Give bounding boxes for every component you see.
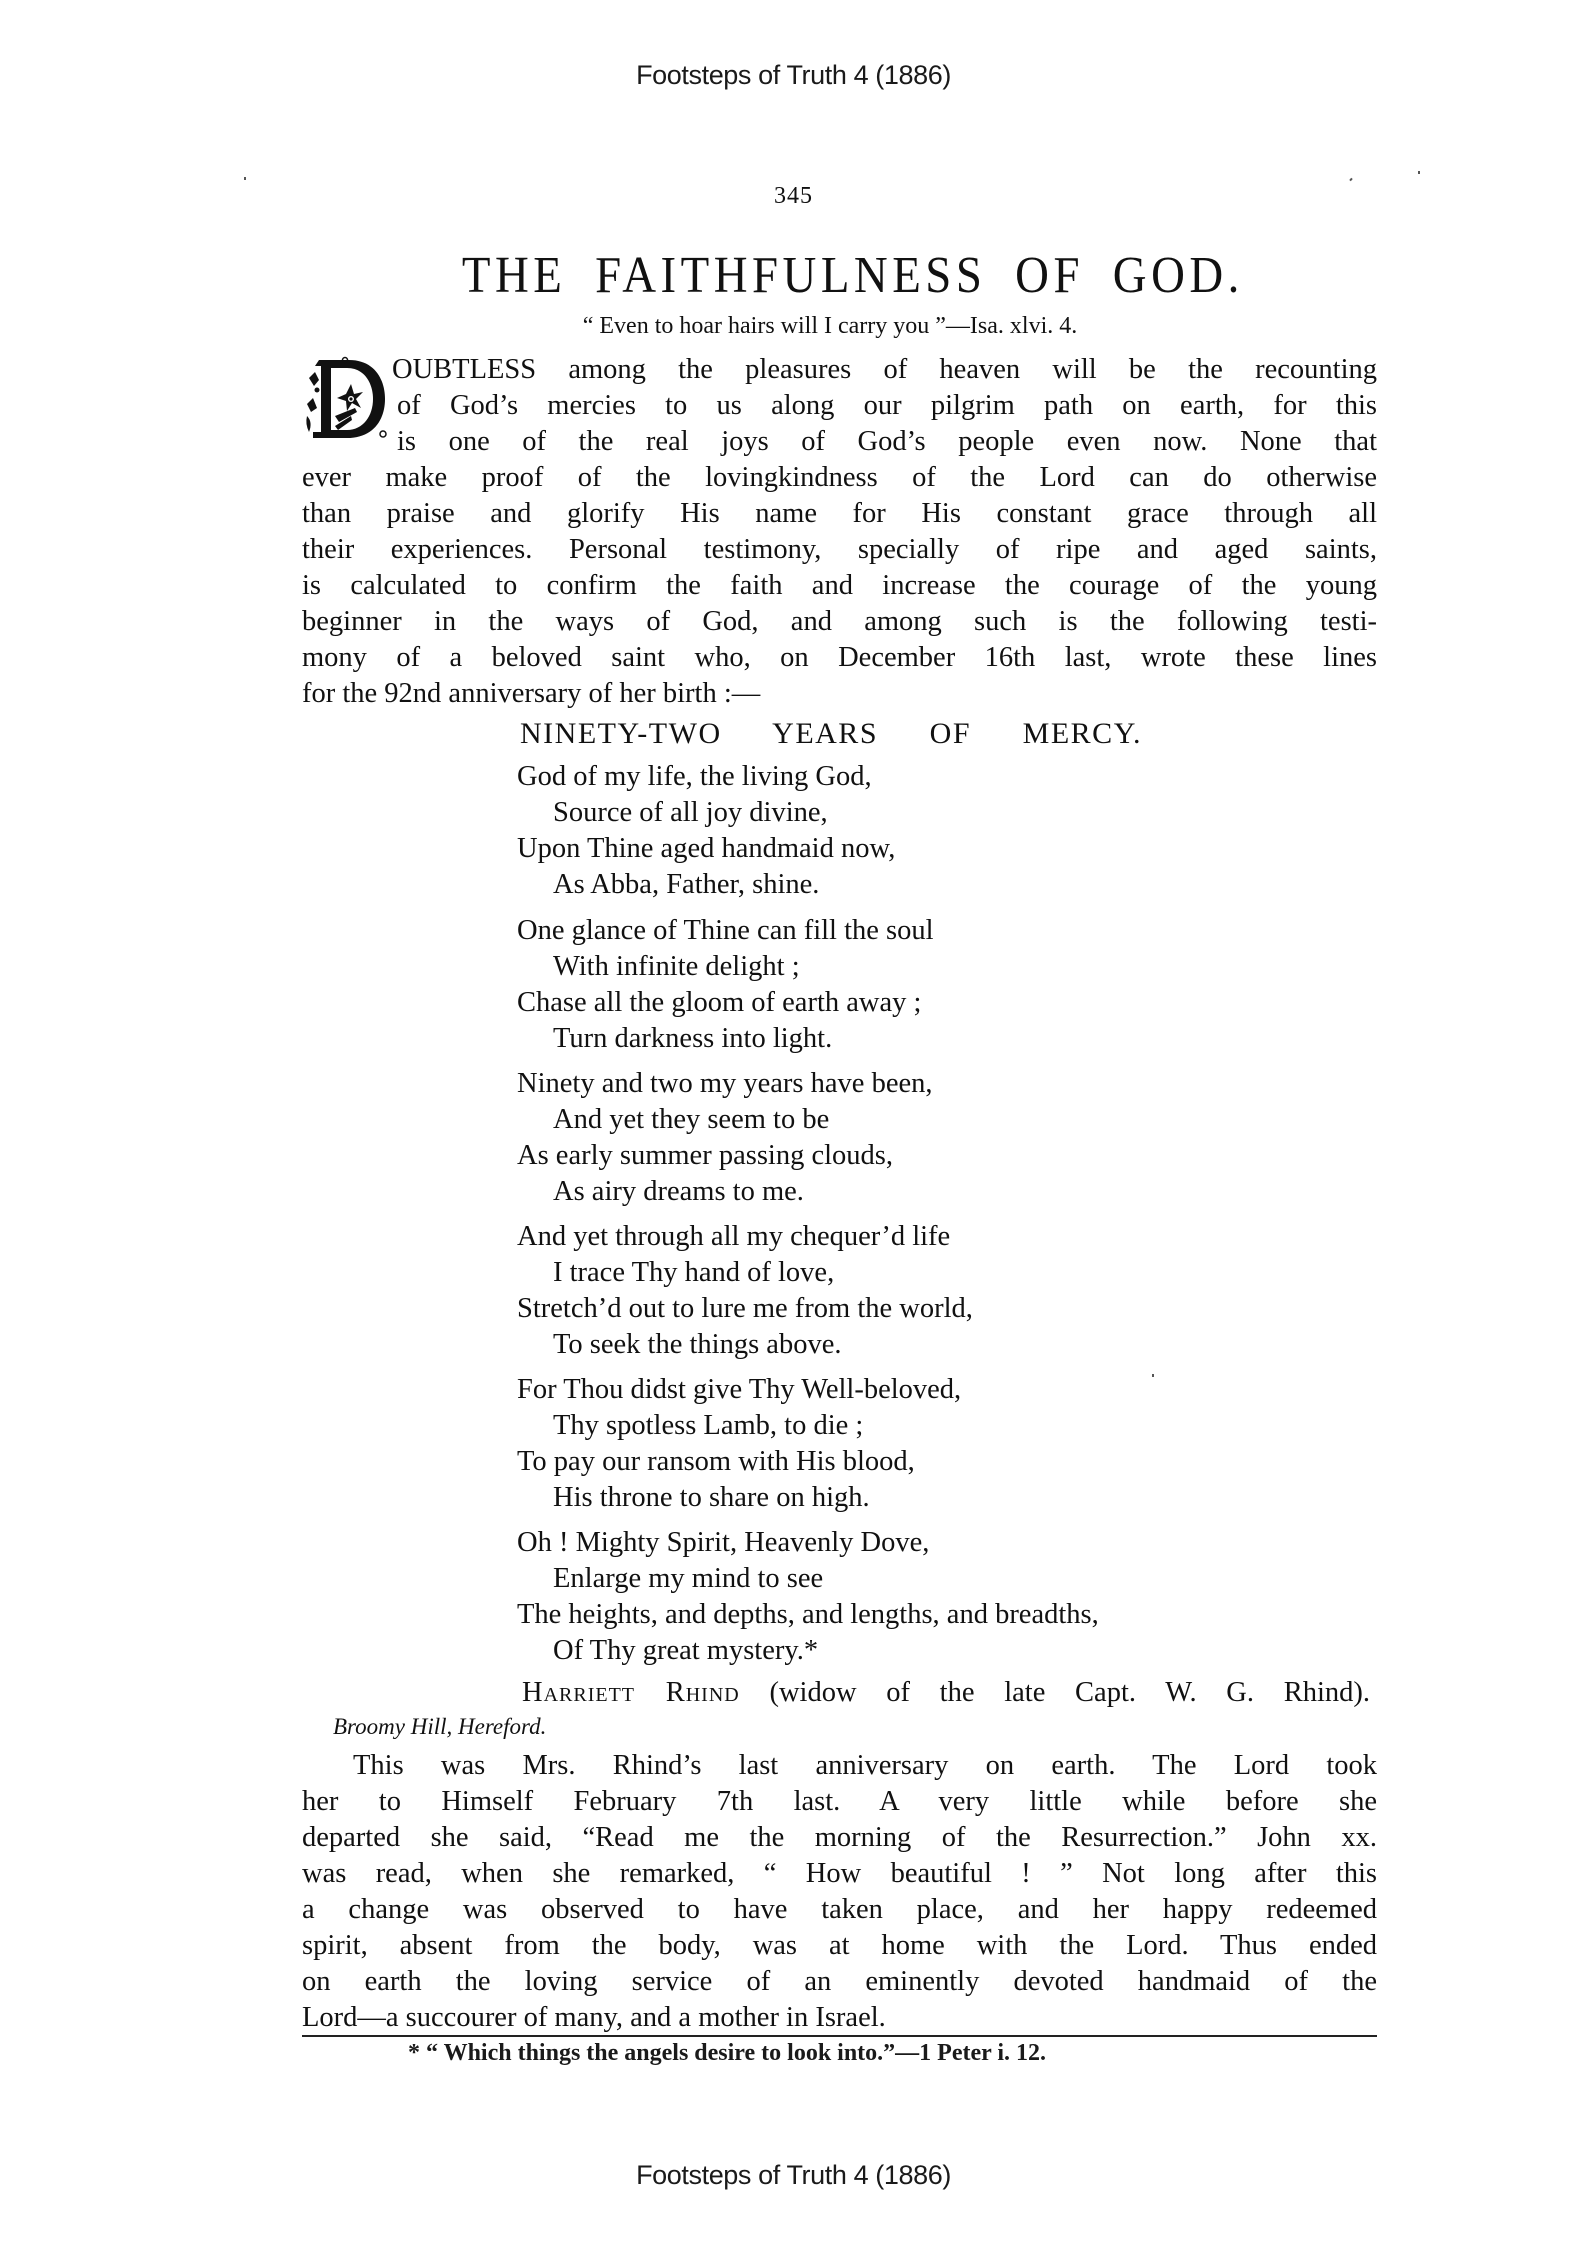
closing-line: was read, when she remarked, “ How beaut… [302, 1856, 1377, 1892]
poem-line: To pay our ransom with His blood, [517, 1444, 915, 1480]
poem-line: Source of all joy divine, [553, 795, 828, 831]
scan-speck [1152, 1374, 1154, 1377]
intro-line: than praise and glorify His name for His… [302, 496, 1377, 532]
place-line: Broomy Hill, Hereford. [333, 1712, 546, 1742]
poem-line: To seek the things above. [553, 1327, 841, 1363]
article-title: THE FAITHFULNESS OF GOD. [462, 248, 1216, 304]
epigraph: “ Even to hoar hairs will I carry you ”—… [470, 311, 1190, 341]
closing-line: departed she said, “Read me the morning … [302, 1820, 1377, 1856]
poem-line: And yet through all my chequer’d life [517, 1219, 950, 1255]
closing-line: This was Mrs. Rhind’s last anniversary o… [353, 1748, 1377, 1784]
poem-line: The heights, and depths, and lengths, an… [517, 1597, 1099, 1633]
footnote-rule [302, 2035, 1377, 2037]
poem-signature: Harriett Rhind (widow of the late Capt. … [522, 1675, 1370, 1711]
running-head: Footsteps of Truth 4 (1886) [0, 60, 1587, 91]
closing-line: her to Himself February 7th last. A very… [302, 1784, 1377, 1820]
ornamental-drop-cap-icon [305, 356, 387, 442]
scan-speck [1418, 171, 1420, 174]
poem-line: As Abba, Father, shine. [553, 867, 819, 903]
poem-line: Upon Thine aged handmaid now, [517, 831, 895, 867]
poem-title: NINETY-TWO YEARS OF MERCY. [520, 718, 1142, 750]
poem-line: Oh ! Mighty Spirit, Heavenly Dove, [517, 1525, 929, 1561]
intro-line: of God’s mercies to us along our pilgrim… [397, 388, 1377, 424]
poem-line: As early summer passing clouds, [517, 1138, 893, 1174]
footnote: * “ Which things the angels desire to lo… [408, 2038, 1046, 2068]
author-name: Harriett Rhind [522, 1677, 740, 1708]
closing-line: a change was observed to have taken plac… [302, 1892, 1377, 1928]
scan-speck [244, 177, 246, 180]
poem-line: Stretch’d out to lure me from the world, [517, 1291, 973, 1327]
closing-line: on earth the loving service of an eminen… [302, 1964, 1377, 2000]
poem-line: I trace Thy hand of love, [553, 1255, 834, 1291]
intro-line: mony of a beloved saint who, on December… [302, 640, 1377, 676]
closing-line: Lord—a succourer of many, and a mother i… [302, 2000, 1377, 2036]
poem-line: Chase all the gloom of earth away ; [517, 985, 921, 1021]
intro-line: OUBTLESS among the pleasures of heaven w… [392, 352, 1377, 388]
poem-line: Ninety and two my years have been, [517, 1066, 933, 1102]
poem-line: God of my life, the living God, [517, 759, 872, 795]
poem-line: And yet they seem to be [553, 1102, 829, 1138]
intro-line: beginner in the ways of God, and among s… [302, 604, 1377, 640]
author-note: (widow of the late Capt. W. G. Rhind). [769, 1677, 1370, 1708]
poem-line: As airy dreams to me. [553, 1174, 804, 1210]
poem-line: For Thou didst give Thy Well-beloved, [517, 1372, 961, 1408]
running-foot: Footsteps of Truth 4 (1886) [0, 2160, 1587, 2191]
intro-line: their experiences. Personal testimony, s… [302, 532, 1377, 568]
poem-line: One glance of Thine can fill the soul [517, 913, 934, 949]
closing-line: spirit, absent from the body, was at hom… [302, 1928, 1377, 1964]
intro-line: is one of the real joys of God’s people … [397, 424, 1377, 460]
poem-line: With infinite delight ; [553, 949, 800, 985]
poem-line: Turn darkness into light. [553, 1021, 832, 1057]
intro-line: is calculated to confirm the faith and i… [302, 568, 1377, 604]
scan-speck [1349, 178, 1352, 182]
poem-line: Enlarge my mind to see [553, 1561, 823, 1597]
intro-line: for the 92nd anniversary of her birth :— [302, 676, 1377, 712]
intro-line: ever make proof of the lovingkindness of… [302, 460, 1377, 496]
poem-line: His throne to share on high. [553, 1480, 870, 1516]
poem-line: Thy spotless Lamb, to die ; [553, 1408, 863, 1444]
poem-line: Of Thy great mystery.* [553, 1633, 818, 1669]
page-number: 345 [0, 183, 1587, 210]
